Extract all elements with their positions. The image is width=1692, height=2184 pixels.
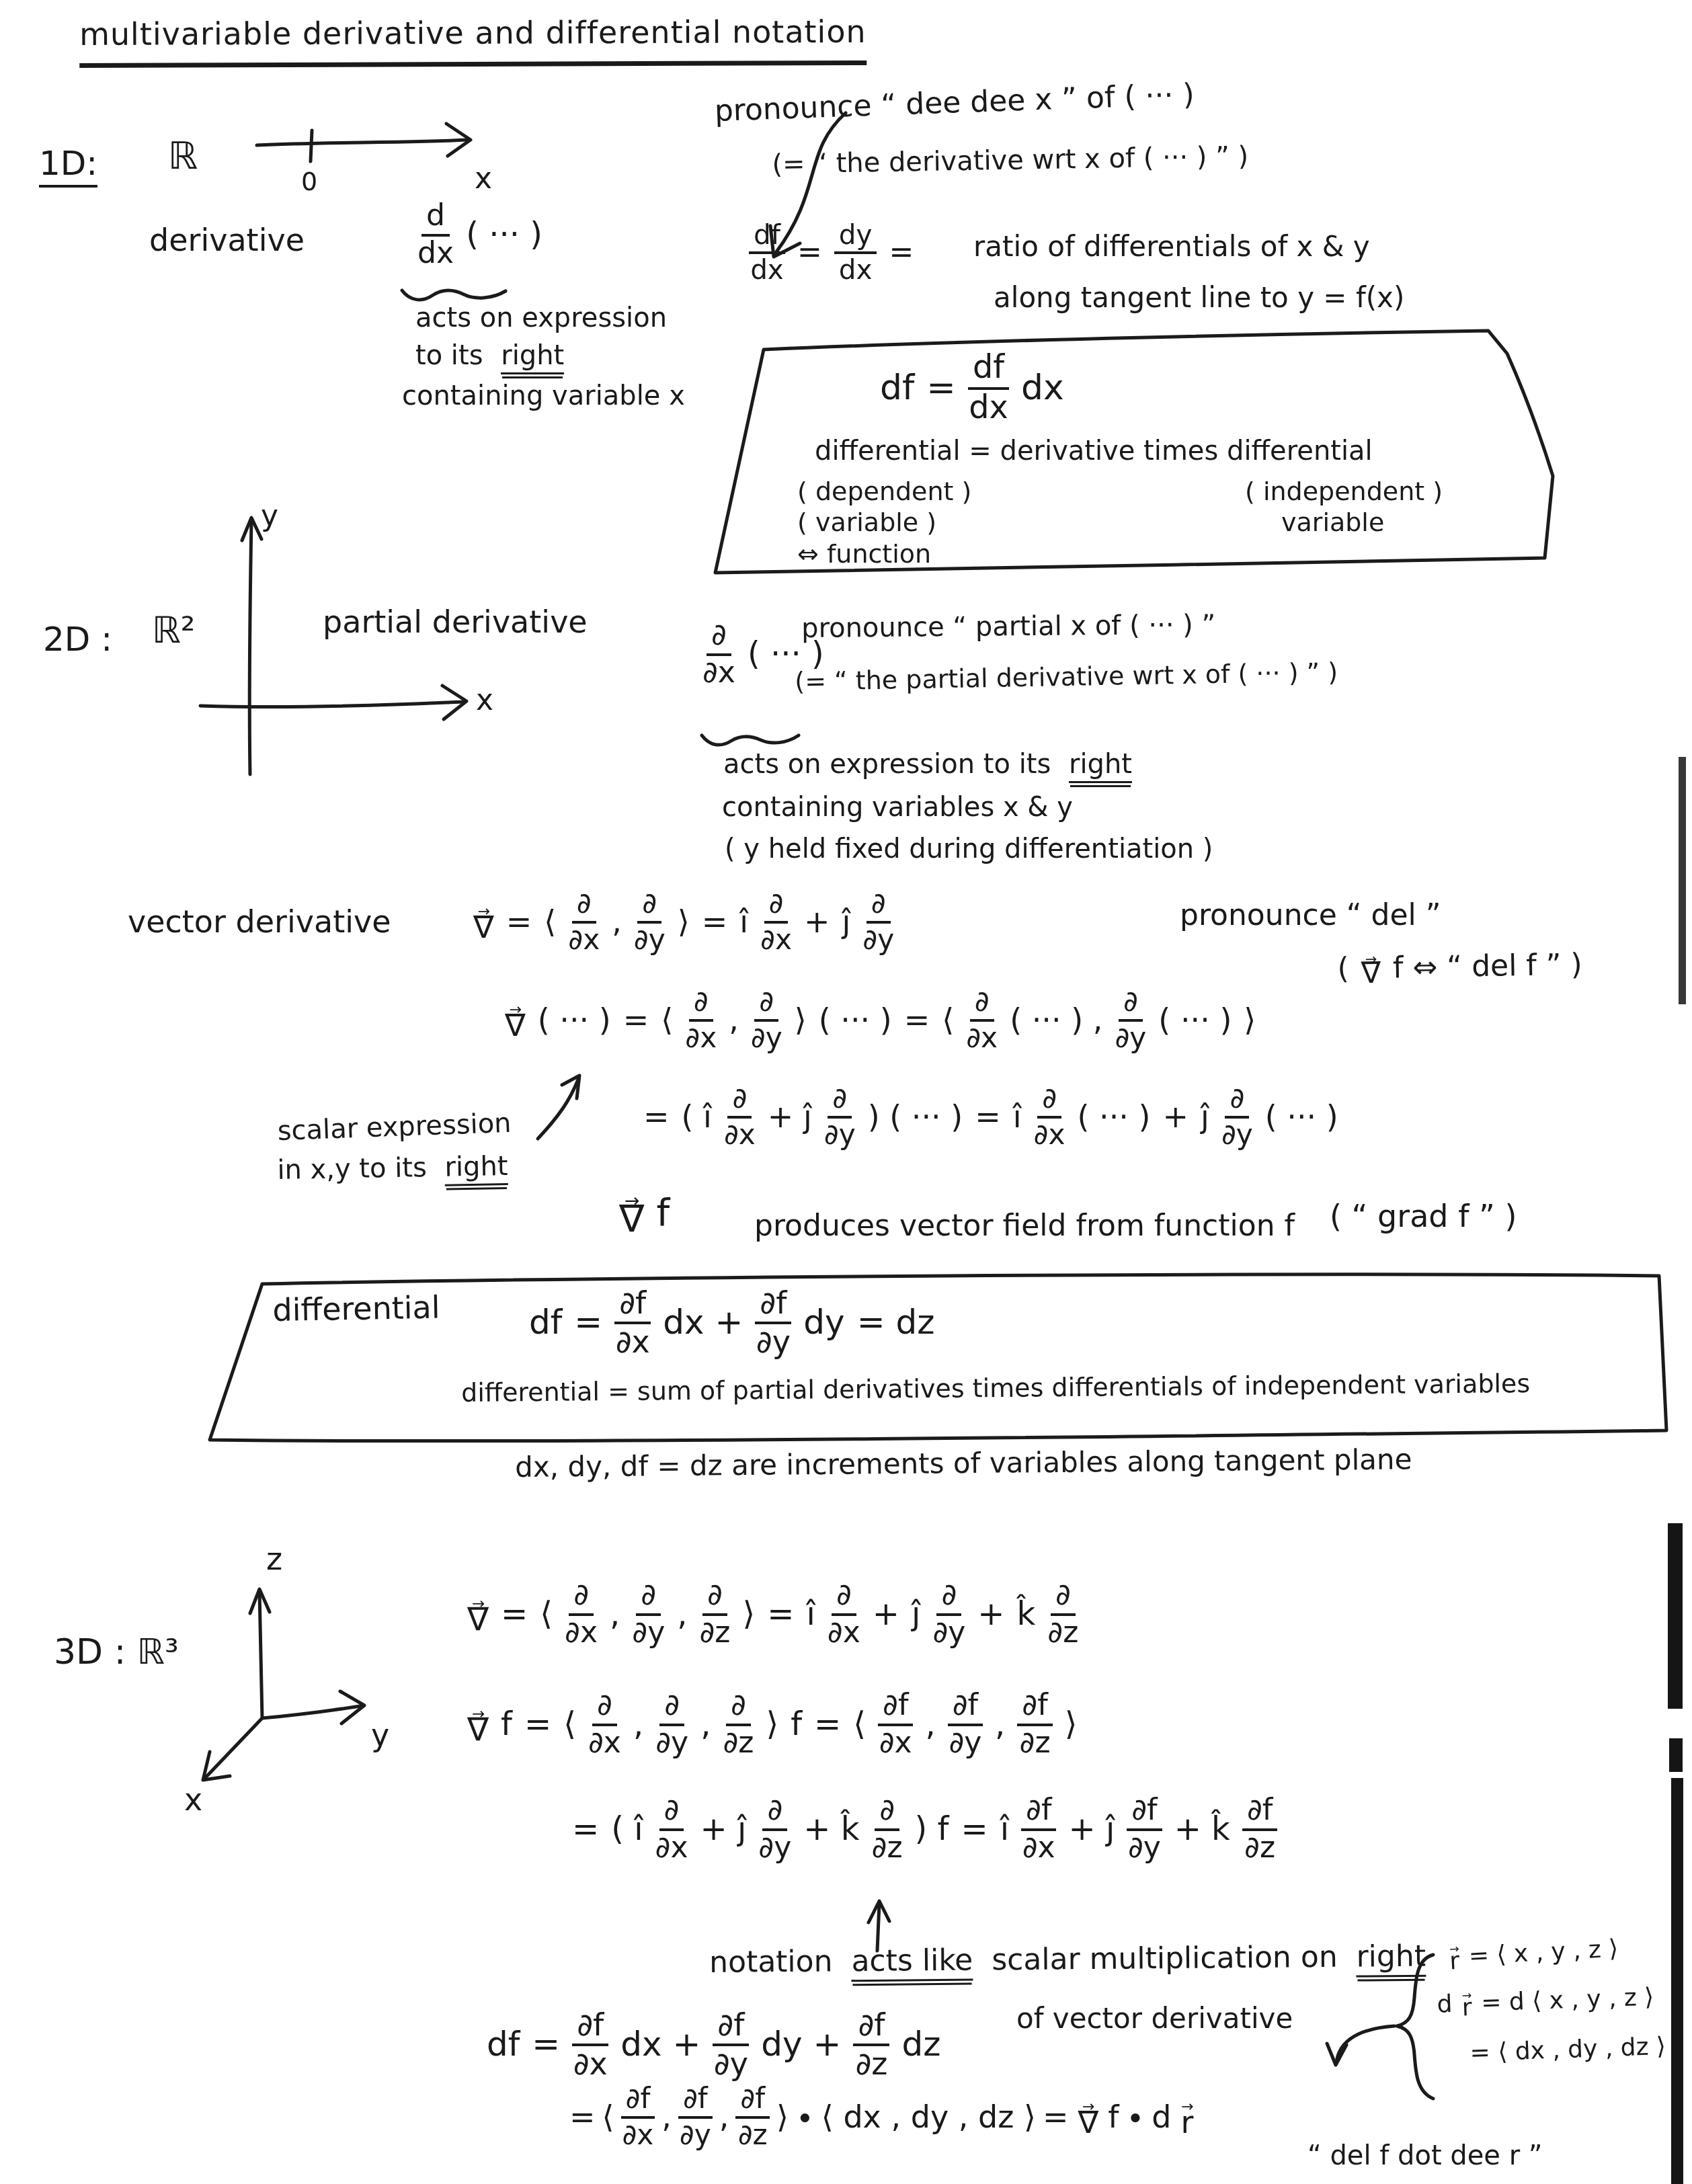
acts-note-2d-text: acts on expression to its [723,749,1051,780]
total-differential-3d-eq: df=∂f∂xdx +∂f∂ydy +∂f∂zdz [481,2009,946,2080]
pronounce-del-f-dot-dee-r: “ del f dot dee r ” [1307,2140,1543,2171]
del-expanded-eq: =( î∂∂x+ ĵ∂∂y) ( ··· )=î∂∂x( ··· )+ĵ∂∂y(… [637,1084,1344,1150]
grad-f-3d-expanded-eq: =( î∂∂x+ ĵ∂∂y+ k̂∂∂z) f=î∂f∂x+ ĵ∂f∂y+ k̂… [566,1795,1283,1864]
dependent-variable-note: ( dependent ) ( variable ) ⇔ function [797,476,971,569]
acts-like-underlined: acts like [851,1943,973,1982]
acts-note-2d-line2: containing variables x & y [722,792,1073,823]
scalar-note-text: in x,y to its [277,1152,427,1186]
axes-3d [203,1589,364,1780]
independent-line2: variable [1245,507,1443,538]
scan-artifact-strips [1668,757,1686,2184]
acts-note-2d-line1: acts on expression to its right [723,749,1132,780]
acts-note-line2: to its right [415,340,564,371]
pronounce-partial-x: pronounce “ partial x of ( ··· ) ” [801,610,1215,644]
ratio-of-differentials-eq: dfdx=dydx= [743,220,920,284]
scalar-multiplication-text: scalar multiplication on [992,1940,1338,1977]
arrow-brace-to-dr [1327,2026,1394,2065]
grad-f-symbol: →∇f [613,1191,676,1235]
dependent-line3: ⇔ function [797,538,971,569]
section-3d-label: 3D : ℝ³ [54,1632,179,1672]
squiggle-under-ddx [402,290,506,300]
notation-note-line2: of vector derivative [1016,2002,1293,2035]
y-axis-label-2d: y [261,499,278,533]
section-2d-label: 2D : [43,620,112,659]
independent-line1: ( independent ) [1245,476,1443,507]
box1-caption: differential = derivative times differen… [815,436,1373,467]
number-line-1d [257,124,471,161]
del-3d-definition-eq: →∇=⟨∂∂x,∂∂y,∂∂z⟩=î∂∂x+ĵ∂∂y+k̂∂∂z [461,1580,1084,1649]
page-title: multivariable derivative and differentia… [79,13,867,68]
del-definition-eq: →∇=⟨∂∂x,∂∂y⟩=î∂∂x+ĵ∂∂y [467,889,900,955]
acts-note-line2-text: to its [415,340,483,371]
pronounce-del: pronounce “ del ” [1180,898,1441,932]
acts-note-line3: containing variable x [402,380,685,411]
x-axis-label-2d: x [476,683,493,717]
box2-differential-label: differential [272,1289,440,1328]
grad-f-3d-eq: →∇f=⟨∂∂x,∂∂y,∂∂z⟩f=⟨∂f∂x,∂f∂y,∂f∂z⟩ [461,1690,1083,1759]
dot-product-dr-eq: =⟨∂f∂x,∂f∂y,∂f∂z⟩∙⟨ dx , dy , dz ⟩=→∇f∙d… [566,2084,1199,2150]
grad-f-text: produces vector field from function f [754,1209,1295,1243]
df-equals-dfdx-dx-eq: df=dfdxdx [874,351,1070,425]
derivative-label: derivative [149,222,305,258]
notation-note-line1: notation acts like scalar multiplication… [709,1939,1426,1980]
x-axis-label-3d: x [184,1781,202,1818]
reals-symbol-2d: ℝ² [152,609,195,651]
dependent-line1: ( dependent ) [797,476,971,507]
right-word-underlined-1d: right [501,340,564,374]
acts-note-line1: acts on expression [415,302,667,333]
ddx-operator-eq: ddx( ··· ) [411,200,549,270]
dependent-line2: ( variable ) [797,507,971,538]
z-axis-label-3d: z [266,1541,282,1577]
x-axis-label-1d: x [475,161,492,196]
handwritten-notes-page: multivariable derivative and differentia… [0,0,1692,2184]
grad-f-paren: ( “ grad f ” ) [1330,1198,1517,1234]
origin-tick-label: 0 [301,167,317,196]
right-word-underlined-2d: right [1069,749,1132,783]
y-axis-label-3d: y [371,1717,389,1753]
ratio-text-line2: along tangent line to y = f(x) [994,281,1404,314]
vector-derivative-label: vector derivative [128,903,391,940]
axes-2d [200,518,467,774]
total-differential-2d-eq: df=∂f∂xdx +∂f∂ydy= dz [523,1287,940,1359]
del-applied-eq: →∇( ··· )=⟨∂∂x,∂∂y⟩( ··· )=⟨∂∂x( ··· ) ,… [499,987,1262,1053]
scalar-expression-note-line2: in x,y to its right [277,1151,508,1186]
reals-symbol-1d: ℝ [168,134,198,178]
right-word-underlined-3d: right [1356,1939,1426,1978]
arrow-from-scalar-note [538,1076,579,1139]
acts-note-2d-line3: ( y held fixed during differentiation ) [725,834,1213,864]
right-word-underlined-scalar: right [444,1151,508,1186]
independent-variable-note: ( independent ) variable [1245,476,1443,538]
partial-derivative-label: partial derivative [323,604,588,640]
section-1d-label: 1D: [39,144,97,188]
notation-word: notation [709,1944,833,1980]
del-f-aside-eq: (→∇f ⇔ “ del f ” ) [1331,947,1588,986]
ratio-text-line1: ratio of differentials of x & y [973,230,1370,263]
squiggle-under-partial [702,735,799,745]
